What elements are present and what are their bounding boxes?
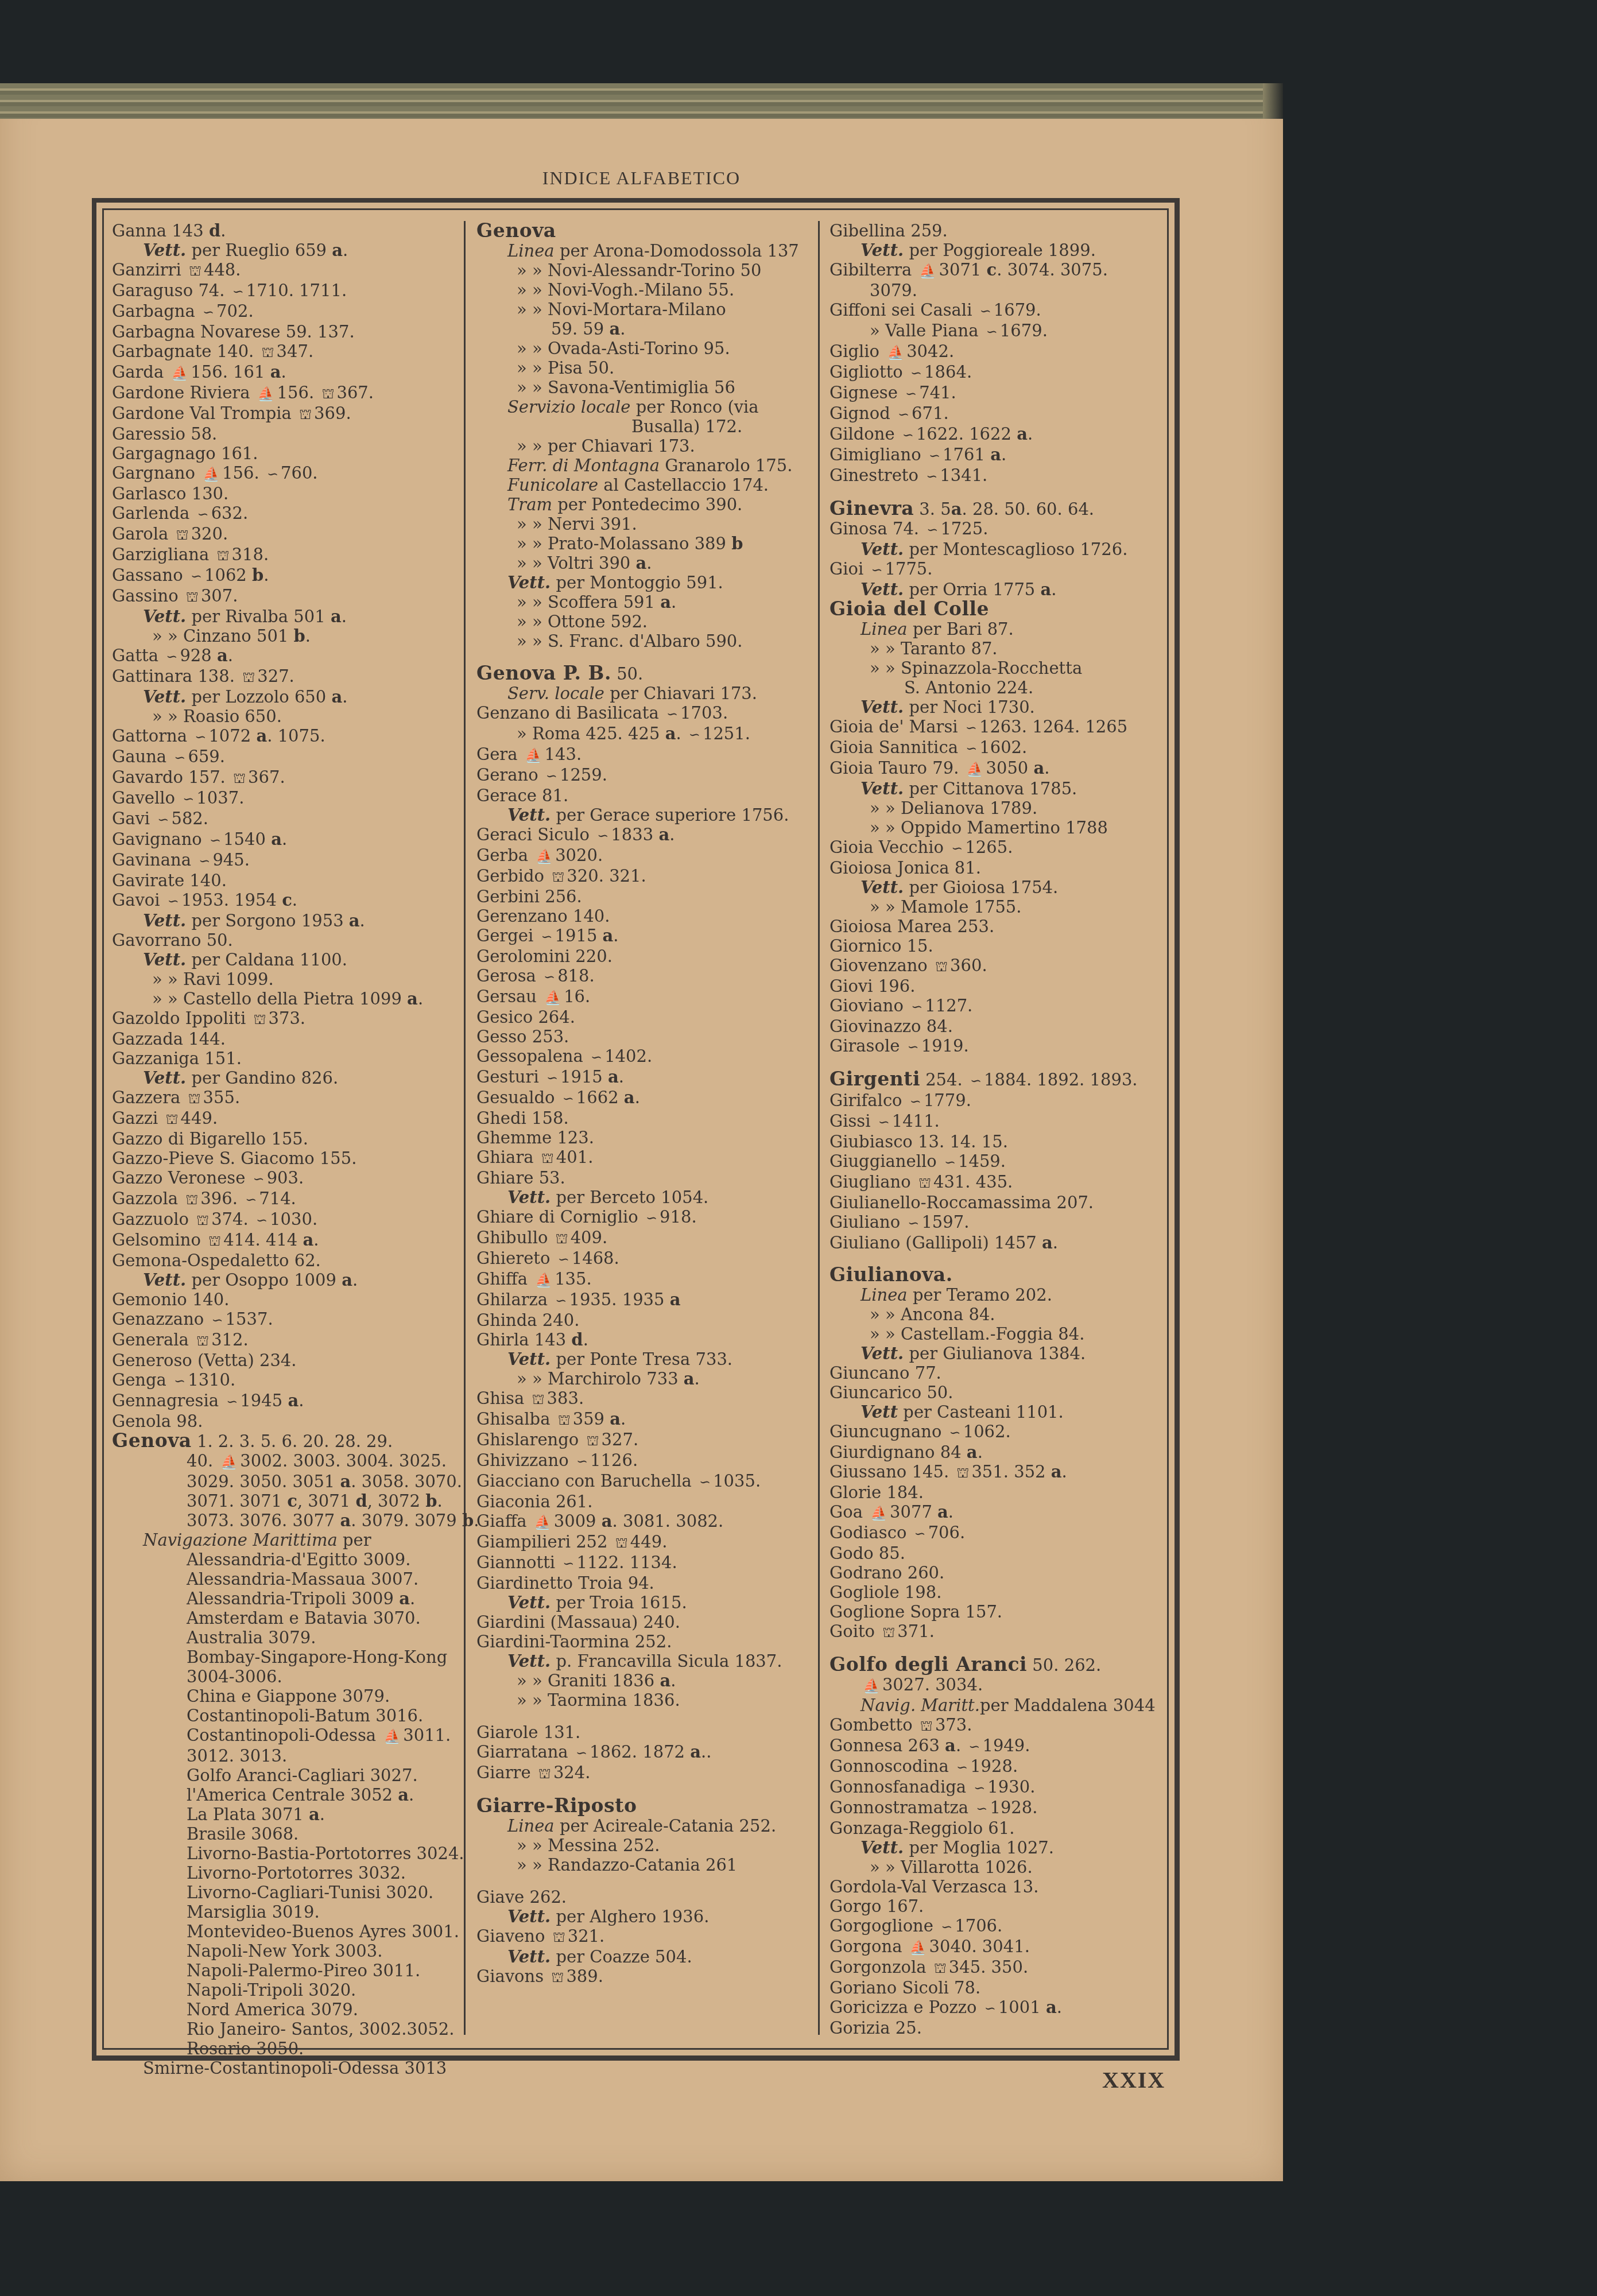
entry-text: . [437, 1491, 442, 1511]
entry-text: » » Ravi 1099. [152, 969, 274, 989]
entry-text: per Orria 1775 [904, 580, 1040, 599]
entry-text: » » Villarotta 1026. [870, 1857, 1033, 1877]
entry-text: Vett. [507, 1947, 551, 1967]
entry-text: » » S. Franc. d'Albaro 590. [517, 631, 743, 651]
entry-text: Genola 98. [112, 1411, 203, 1431]
entry-text: a [256, 726, 267, 746]
diligence-icon: ∽ [699, 1472, 711, 1492]
index-entry: Giavons ⛫389. [476, 1967, 809, 1987]
entry-text: . [410, 1589, 415, 1608]
diligence-icon: ∽ [591, 1048, 602, 1067]
entry-text: 702. [216, 301, 254, 321]
entry-text: 1062. [963, 1422, 1011, 1441]
entry-text: 1030. [270, 1209, 317, 1229]
entry-text: » Roma 425. 425 [517, 724, 665, 743]
entry-text: 312. [211, 1330, 249, 1349]
entry-text: Vett. [507, 1651, 551, 1671]
entry-text: Ghiereto [476, 1248, 556, 1268]
index-subentry: Vett. per Berceto 1054. [476, 1188, 809, 1207]
entry-text: Giardinetto Troia 94. [476, 1573, 654, 1593]
entry-text: Alessandria-Massaua 3007. [187, 1569, 418, 1589]
entry-text: Garbagnate 140. [112, 342, 259, 361]
page-number: XXIX [1102, 2066, 1165, 2093]
entry-text: 1775. [885, 559, 933, 579]
entry-text: per Chiavari 173. [604, 684, 757, 703]
entry-text: Ghirla 143 [476, 1330, 571, 1349]
entry-text: Brasile 3068. [187, 1824, 299, 1844]
entry-text: Vett. [860, 697, 904, 717]
diligence-icon: ∽ [902, 425, 914, 445]
rail-icon: ⛫ [935, 957, 948, 976]
index-entry: Giannotti ∽1122. 1134. [476, 1553, 809, 1573]
entry-text: Giardini (Massaua) 240. [476, 1612, 680, 1632]
diligence-icon: ∽ [168, 891, 179, 911]
index-ditto-line: » » Pisa 50. [476, 358, 809, 378]
entry-text: » » Marchirolo 733 [517, 1369, 684, 1389]
rail-icon: ⛫ [186, 587, 199, 607]
diligence-icon: ∽ [232, 282, 244, 301]
entry-text: Linea [507, 241, 555, 261]
entry-text: 327. [602, 1430, 639, 1449]
entry-text: a [217, 646, 228, 665]
entry-text: Gavinana [112, 850, 196, 870]
entry-text: Vett. [860, 878, 904, 897]
index-entry: Giardinetto Troia 94. [476, 1573, 809, 1593]
index-entry: Giave 262. [476, 1887, 809, 1907]
diligence-icon: ∽ [976, 1799, 987, 1818]
diligence-icon: ∽ [597, 826, 608, 846]
index-entry: Gazzo di Bigarello 155. [112, 1129, 456, 1149]
entry-text: Giurdignano 84 [829, 1442, 967, 1462]
entry-text: 1928. [990, 1798, 1037, 1817]
entry-text: 449. [181, 1108, 218, 1128]
entry-text: . [1051, 580, 1056, 599]
index-ditto-line: » » Marchirolo 733 a. [476, 1369, 809, 1389]
index-entry: Gazzo Veronese ∽903. [112, 1168, 456, 1189]
entry-text: » » Ancona 84. [870, 1305, 995, 1324]
entry-text: . [583, 1330, 588, 1349]
index-ditto-line: » » Messina 252. [476, 1836, 809, 1855]
entry-text: . [282, 829, 287, 849]
entry-text: a [270, 362, 281, 382]
entry-text: Napoli-Palermo-Pireo 3011. [187, 1961, 420, 1980]
index-entry: Ghisalba ⛫359 a. [476, 1409, 809, 1430]
ship-icon: ⛵ [535, 1270, 552, 1290]
entry-text: Rosario 3050. [187, 2039, 304, 2058]
rail-icon: ⛫ [615, 1533, 628, 1553]
index-entry: Goglione Sopra 157. [829, 1602, 1165, 1622]
index-subentry: ⛵3027. 3034. [829, 1675, 1165, 1696]
entry-text: 1935. 1935 [569, 1290, 669, 1309]
entry-text: Gazzo Veronese [112, 1168, 251, 1188]
entry-text: 1706. [955, 1916, 1002, 1936]
index-entry: Godiasco ∽706. [829, 1523, 1165, 1543]
diligence-icon: ∽ [563, 1089, 574, 1108]
entry-text: 1761 [943, 445, 990, 464]
entry-text: Gonnostramatza [829, 1798, 974, 1817]
entry-text: Australia 3079. [187, 1628, 316, 1647]
entry-text: 1949. [982, 1736, 1030, 1755]
index-entry: Giovenzano ⛫360. [829, 956, 1165, 976]
index-entry: Garlenda ∽632. [112, 503, 456, 524]
entry-text: Giuliano (Gallipoli) 1457 [829, 1233, 1042, 1252]
index-entry: Giubiasco 13. 14. 15. [829, 1132, 1165, 1151]
entry-text: Gesualdo [476, 1088, 560, 1107]
entry-text: 1310. [188, 1370, 235, 1390]
index-entry: Gerbido ⛫320. 321. [476, 866, 809, 887]
index-ditto-line: » » Voltri 390 a. [476, 553, 809, 573]
index-entry: Gonnoscodina ∽1928. [829, 1756, 1165, 1777]
entry-text: a [1046, 1998, 1057, 2017]
entry-text: Giffoni sei Casali [829, 300, 978, 320]
index-entry: Gavorrano 50. [112, 930, 456, 950]
index-entry: Gignese ∽741. [829, 383, 1165, 404]
index-heading: Giulianova. [829, 1265, 1165, 1285]
index-subentry: Vett. per Noci 1730. [829, 697, 1165, 717]
entry-text: 1919. [921, 1036, 969, 1056]
spacer [476, 1875, 809, 1887]
diligence-icon: ∽ [174, 1371, 185, 1391]
entry-text: 918. [660, 1207, 697, 1227]
index-entry: Garessio 58. [112, 424, 456, 444]
index-entry: Gemonio 140. [112, 1290, 456, 1309]
diligence-icon: ∽ [203, 302, 214, 322]
index-entry: Gonnesa 263 a. ∽1949. [829, 1736, 1165, 1756]
index-ditto-line: » » Spinazzola-Rocchetta [829, 658, 1165, 678]
entry-text: Vett. [860, 580, 904, 599]
index-subentry: Vett. per Osoppo 1009 a. [112, 1270, 456, 1290]
entry-text: per Coazze 504. [551, 1947, 692, 1967]
entry-text: per Gioiosa 1754. [904, 878, 1058, 897]
entry-text: 1833 [611, 825, 658, 844]
entry-text: a [332, 241, 343, 260]
entry-text: Giussano 145. [829, 1462, 954, 1481]
entry-text: 367. [248, 767, 285, 787]
ship-icon: ⛵ [171, 363, 188, 383]
entry-text: a [602, 1511, 613, 1531]
index-continuation: Busalla) 172. [476, 417, 809, 436]
entry-text: » » Novi-Vogh.-Milano 55. [517, 280, 734, 300]
diligence-icon: ∽ [949, 1423, 961, 1442]
index-entry: Gesturi ∽1915 a. [476, 1067, 809, 1088]
entry-text: a [407, 989, 418, 1009]
entry-text: Giardini-Taormina 252. [476, 1632, 672, 1651]
rail-icon: ⛫ [216, 546, 229, 565]
index-ditto-line: » » S. Franc. d'Albaro 590. [476, 631, 809, 651]
entry-text: » » Roasio 650. [152, 707, 282, 726]
place-name-heading: Genova P. B. [476, 662, 611, 684]
entry-text: a [945, 1736, 956, 1755]
place-name-heading: Ginevra [829, 497, 914, 519]
entry-text: 369. [314, 404, 351, 423]
entry-text: » » Novi-Mortara-Milano [517, 300, 726, 319]
entry-text: 1341. [940, 466, 987, 485]
index-entry: Garaguso 74. ∽1710. 1711. [112, 281, 456, 301]
entry-text: a [271, 829, 282, 849]
entry-text: Gorgonzola [829, 1957, 932, 1977]
entry-text: Giaveno [476, 1926, 551, 1946]
entry-text: Ghivizzano [476, 1450, 574, 1470]
index-ditto-line: » » per Chiavari 173. [476, 436, 809, 456]
entry-text: Ghislarengo [476, 1430, 584, 1449]
entry-text: Gassano [112, 565, 188, 585]
entry-text: Vett. [143, 911, 186, 930]
diligence-icon: ∽ [256, 1211, 268, 1230]
entry-text: Livorno-Bastia-Portotorres 3024. [187, 1844, 464, 1863]
entry-text: 3011. [403, 1725, 451, 1745]
navigation-route: Rosario 3050. [112, 2039, 456, 2058]
index-entry: Ginosa 74. ∽1725. [829, 519, 1165, 540]
diligence-icon: ∽ [157, 810, 169, 829]
entry-text: » » Taranto 87. [870, 639, 998, 658]
entry-text: Gavorrano 50. [112, 930, 233, 950]
rail-icon: ⛫ [188, 1089, 201, 1108]
entry-text: Giuncano 77. [829, 1363, 941, 1383]
entry-text: Gavello [112, 788, 180, 808]
index-entry: Ghiara ⛫401. [476, 1147, 809, 1168]
entry-text: 1884. 1892. 1893. [984, 1070, 1138, 1089]
entry-text: Vett. [507, 1349, 551, 1369]
index-entry: Gissi ∽1411. [829, 1111, 1165, 1132]
entry-text: 1. 2. 3. 5. 6. 20. 28. 29. [192, 1432, 393, 1451]
index-entry: Gorgonzola ⛫345. 350. [829, 1957, 1165, 1978]
entry-text: Goricizza e Pozzo [829, 1998, 982, 2017]
index-ditto-line: » » Taranto 87. [829, 639, 1165, 658]
entry-text: 324. [553, 1763, 591, 1782]
index-entry: Genova 1. 2. 3. 5. 6. 20. 28. 29. [112, 1431, 456, 1451]
entry-text: a [1017, 424, 1028, 444]
entry-text: Goa [829, 1502, 868, 1522]
entry-text: b [462, 1511, 474, 1530]
entry-text: Gioi [829, 559, 869, 579]
index-entry: Ganna 143 d. [112, 221, 456, 241]
entry-text: 59. 59 [551, 319, 609, 339]
entry-text: Gerano [476, 765, 544, 785]
entry-text: » » Delianova 1789. [870, 798, 1037, 818]
entry-text: . [695, 1369, 700, 1389]
entry-text: Ghisalba [476, 1409, 556, 1429]
rail-icon: ⛫ [196, 1211, 209, 1230]
index-ditto-line: » » Randazzo-Catania 261 [476, 1855, 809, 1875]
entry-text: Ferr. di Montagna [507, 456, 660, 475]
entry-text: 135. [555, 1269, 592, 1289]
index-heading: Giarre-Riposto [476, 1796, 809, 1816]
entry-text: . 1075. [267, 726, 325, 746]
index-entry: Gassano ∽1062 b. [112, 565, 456, 586]
entry-text: Granarolo 175. [660, 456, 792, 475]
entry-text: 1710. 1711. [246, 281, 347, 300]
index-entry: Gioia de' Marsi ∽1263. 1264. 1265 [829, 717, 1165, 738]
entry-text: per Rivalba 501 [186, 607, 331, 626]
entry-text: per Ronco (via [630, 397, 758, 417]
rail-icon: ⛫ [262, 343, 274, 362]
entry-text: Garbagna [112, 301, 200, 321]
index-continuation: 40. ⛵3002. 3003. 3004. 3025. [112, 1451, 456, 1472]
entry-text: a [1042, 1233, 1053, 1252]
entry-text: Gazzaniga 151. [112, 1049, 242, 1068]
navigation-route: Montevideo-Buenos Ayres 3001. [112, 1922, 456, 1941]
index-entry: Giarratana ∽1862. 1872 a.. [476, 1742, 809, 1763]
navigation-route: Golfo Aranci-Cagliari 3027. [112, 1766, 456, 1785]
index-entry: Giaconia 261. [476, 1492, 809, 1511]
entry-text: per Teramo 202. [908, 1285, 1052, 1305]
ship-icon: ⛵ [203, 464, 220, 484]
entry-text: Ghisa [476, 1389, 530, 1408]
entry-text: a [684, 1369, 695, 1389]
entry-text: Gombetto [829, 1715, 918, 1735]
entry-text: Giaconia 261. [476, 1492, 592, 1511]
entry-text: Gazzo di Bigarello 155. [112, 1129, 308, 1149]
entry-text: 371. [897, 1622, 935, 1641]
diligence-icon: ∽ [210, 831, 221, 850]
entry-text: » » Castellam.-Foggia 84. [870, 1324, 1084, 1344]
index-subentry: Navig. Maritt.per Maddalena 3044 [829, 1696, 1165, 1715]
index-continuation: 3012. 3013. [112, 1746, 456, 1766]
entry-text: 659. [188, 747, 225, 766]
entry-text: 143. [545, 744, 582, 764]
entry-text: 818. [557, 966, 595, 986]
entry-text: . [263, 565, 269, 585]
entry-text: Gattorna [112, 726, 192, 746]
place-name-heading: Girgenti [829, 1068, 920, 1090]
navigation-route: Livorno-Portotorres 3032. [112, 1863, 456, 1883]
entry-text: . [635, 1088, 640, 1107]
entry-text: Alessandria-Tripoli 3009 [187, 1589, 399, 1608]
entry-text: Gera [476, 744, 523, 764]
entry-text: 254. [920, 1070, 968, 1089]
index-column-3: Gibellina 259.Vett. per Poggioreale 1899… [829, 221, 1165, 2038]
entry-text: Garzigliana [112, 545, 214, 564]
entry-text: Ginestreto [829, 466, 924, 485]
navigation-route: Rio Janeiro- Santos, 3002.3052. [112, 2019, 456, 2039]
rail-icon: ⛫ [920, 1716, 933, 1736]
entry-text: Alessandria-d'Egitto 3009. [187, 1550, 410, 1569]
entry-text: Garda [112, 362, 169, 382]
entry-text: Vett. [143, 607, 186, 626]
entry-text: 359 [573, 1409, 610, 1429]
entry-text: per Moglia 1027. [904, 1838, 1054, 1857]
entry-text: Gerosa [476, 966, 541, 986]
index-ditto-line: » » Oppido Mamertino 1788 [829, 818, 1165, 837]
entry-text: 449. [630, 1532, 668, 1552]
rail-icon: ⛫ [882, 1623, 895, 1642]
entry-text: Gonnosfanadiga [829, 1777, 971, 1797]
index-entry: Gogliole 198. [829, 1583, 1165, 1602]
spacer [476, 1710, 809, 1723]
entry-text: a [331, 607, 342, 626]
index-subentry: Vett. per Sorgono 1953 a. [112, 911, 456, 930]
index-subentry: Smirne-Costantinopoli-Odessa 3013 [112, 2058, 456, 2078]
entry-text: Gimigliano [829, 445, 927, 464]
navigation-route: l'America Centrale 3052 a. [112, 1785, 456, 1805]
entry-text: 1725. [940, 519, 988, 538]
ship-icon: ⛵ [967, 759, 984, 779]
entry-text: b [252, 565, 263, 585]
entry-text: 448. [204, 260, 241, 280]
index-entry: Ganzirri ⛫448. [112, 260, 456, 281]
entry-text: 355. [203, 1088, 241, 1107]
index-entry: Gorgona ⛵3040. 3041. [829, 1937, 1165, 1957]
entry-text: . [352, 1270, 358, 1290]
entry-text: Godiasco [829, 1523, 912, 1542]
entry-text: Giave 262. [476, 1887, 567, 1907]
ship-icon: ⛵ [870, 1503, 887, 1523]
entry-text: a [660, 1671, 670, 1690]
entry-text: Vett. [143, 950, 186, 969]
index-column-2: GenovaLinea per Arona-Domodossola 137» »… [476, 221, 809, 1987]
entry-text: Vett. [860, 540, 904, 559]
entry-text: » Valle Piana [870, 321, 984, 340]
entry-text: 582. [171, 809, 208, 828]
navigation-route: Livorno-Cagliari-Tunisi 3020. [112, 1883, 456, 1902]
entry-text: Busalla) 172. [631, 417, 742, 436]
entry-text: Garlasco 130. [112, 484, 228, 503]
index-subentry: Vett. per Moglia 1027. [829, 1838, 1165, 1857]
entry-text: 396. [200, 1189, 243, 1208]
index-continuation: S. Antonio 224. [829, 678, 1165, 697]
entry-text: b [731, 534, 743, 553]
entry-text: » » Ottone 592. [517, 612, 648, 631]
entry-text: 741. [919, 383, 956, 402]
diligence-icon: ∽ [984, 1999, 996, 2018]
index-subentry: Vett. per Giulianova 1384. [829, 1344, 1165, 1363]
entry-text: 1459. [958, 1151, 1006, 1171]
entry-text: 1062 [204, 565, 252, 585]
index-ditto-line: » » Novi-Mortara-Milano [476, 300, 809, 319]
index-ditto-line: » » Nervi 391. [476, 514, 809, 534]
navigation-route: Livorno-Bastia-Portotorres 3024. [112, 1844, 456, 1863]
entry-text: per Rueglio 659 [186, 241, 332, 260]
place-name-heading: Gioia del Colle [829, 598, 989, 620]
entry-text: 327. [257, 666, 294, 686]
diligence-icon: ∽ [555, 1291, 567, 1310]
diligence-icon: ∽ [951, 839, 963, 858]
entry-text: » » Novi-Alessandr-Torino 50 [517, 261, 761, 280]
place-name-heading: Golfo degli Aranci [829, 1653, 1027, 1676]
index-ditto-line: » » Scoffera 591 a. [476, 592, 809, 612]
index-entry: Ghisa ⛫383. [476, 1389, 809, 1409]
entry-text: Garola [112, 524, 174, 544]
index-entry: Gazzada 144. [112, 1029, 456, 1049]
index-ditto-line: » » Castellam.-Foggia 84. [829, 1324, 1165, 1344]
diligence-icon: ∽ [956, 1758, 968, 1777]
diligence-icon: ∽ [226, 1392, 238, 1411]
ship-icon: ⛵ [258, 384, 275, 404]
diligence-icon: ∽ [929, 446, 940, 466]
diligence-icon: ∽ [941, 1917, 952, 1937]
diligence-icon: ∽ [563, 1554, 574, 1573]
entry-text: 321. [568, 1926, 605, 1946]
index-entry: Gordola-Val Verzasca 13. [829, 1877, 1165, 1896]
entry-text: 3050 [986, 758, 1034, 778]
entry-text: » » Cinzano 501 [152, 626, 294, 646]
entry-text: » » Prato-Molassano 389 [517, 534, 731, 553]
entry-text: a [603, 926, 614, 945]
diligence-icon: ∽ [914, 1524, 926, 1543]
index-subentry: Serv. locale per Chiavari 173. [476, 684, 809, 703]
entry-text: . [1057, 1998, 1062, 2017]
entry-text: S. Antonio 224. [904, 678, 1033, 697]
index-ditto-line: » » Prato-Molassano 389 b [476, 534, 809, 553]
entry-text: Vett. [860, 779, 904, 798]
navigation-route: Brasile 3068. [112, 1824, 456, 1844]
entry-text: 945. [212, 850, 250, 870]
ship-icon: ⛵ [536, 847, 553, 866]
entry-text: Gesso 253. [476, 1027, 569, 1046]
index-ditto-line: 3079. [829, 281, 1165, 300]
navigation-route: Alessandria-Massaua 3007. [112, 1569, 456, 1589]
entry-text: . [292, 890, 297, 910]
